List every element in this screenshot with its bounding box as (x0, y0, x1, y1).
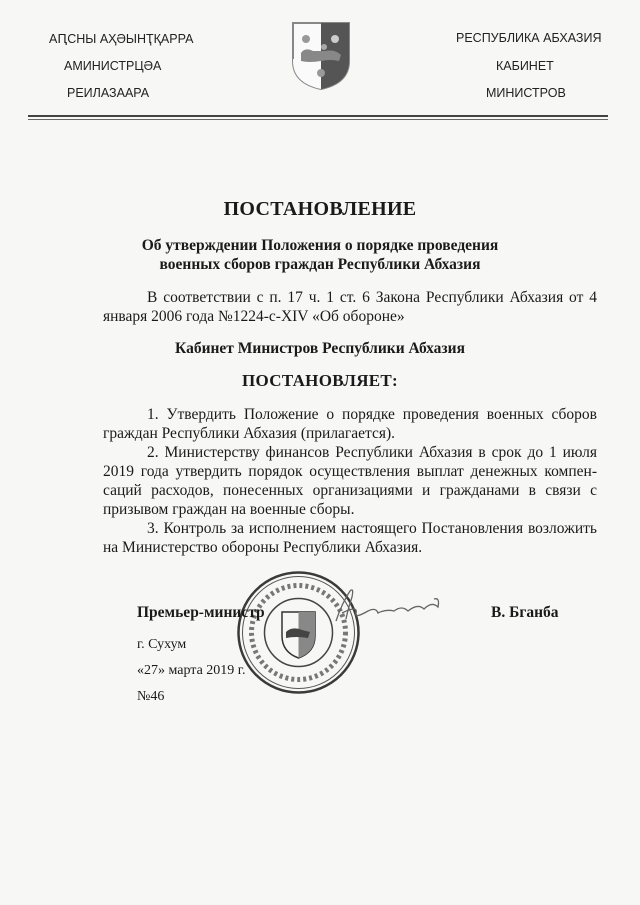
issuer: Кабинет Министров Республики Абхазия (0, 339, 640, 358)
decree-word: ПОСТАНОВЛЯЕТ: (0, 371, 640, 391)
header-right-line-2: КАБИНЕТ (496, 59, 554, 73)
signatory-name: В. Бганба (491, 604, 559, 622)
decree-item-1: 1. Утвердить Положение о порядке проведе… (103, 405, 597, 443)
header-right-line-1: РЕСПУБЛИКА АБХАЗИЯ (456, 31, 601, 45)
handwritten-signature-icon (328, 583, 448, 628)
decree-items: 1. Утвердить Положение о порядке проведе… (103, 405, 597, 557)
signatory-position: Премьер-министр (137, 604, 265, 622)
decree-item-3: 3. Контроль за исполнением настоящего По… (103, 519, 597, 557)
city: г. Сухум (137, 637, 186, 653)
document-subtitle-line-1: Об утверждении Положения о порядке прове… (0, 236, 640, 255)
decree-item-2: 2. Министерству финансов Республики Абха… (103, 443, 597, 519)
document-title: ПОСТАНОВЛЕНИЕ (0, 198, 640, 221)
coat-of-arms-icon (291, 21, 351, 91)
preamble: В соответствии с п. 17 ч. 1 ст. 6 Закона… (103, 288, 597, 326)
header-left-line-2: АМИНИСТРЦӘА (64, 59, 161, 73)
header-right-line-3: МИНИСТРОВ (486, 86, 566, 100)
document-number: №46 (137, 689, 164, 705)
document-subtitle-line-2: военных сборов граждан Республики Абхази… (0, 255, 640, 274)
header-left-line-1: АԤСНЫ АҲӘЫНҬҚАРРА (49, 31, 193, 46)
preamble-text: В соответствии с п. 17 ч. 1 ст. 6 Закона… (103, 288, 597, 326)
header-left-line-3: РЕИЛАЗААРА (67, 86, 149, 100)
document-date: «27» марта 2019 г. (137, 663, 245, 679)
header-divider (28, 115, 608, 120)
